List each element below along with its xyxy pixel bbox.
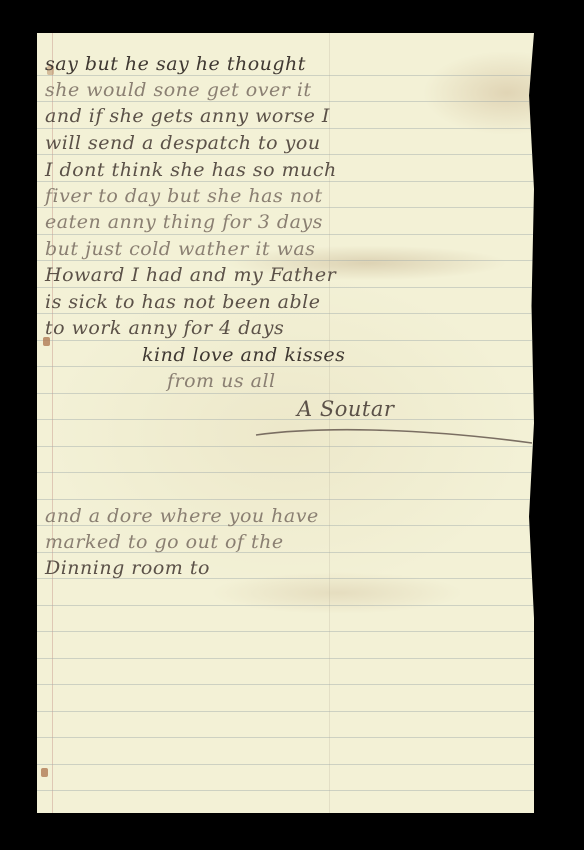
letter-line: fiver to day but she has not xyxy=(45,185,323,207)
letter-paper: say but he say he thought she would sone… xyxy=(37,33,534,813)
rust-stain xyxy=(41,768,48,777)
ruled-line xyxy=(37,737,534,738)
ruled-line xyxy=(37,631,534,632)
ruled-line xyxy=(37,764,534,765)
letter-line: Howard I had and my Father xyxy=(45,264,336,286)
letter-line: she would sone get over it xyxy=(45,79,312,101)
ruled-line xyxy=(37,207,534,208)
letter-line: and if she gets anny worse I xyxy=(45,105,330,127)
closing-line: from us all xyxy=(167,370,276,392)
ruled-line xyxy=(37,340,534,341)
ruled-line xyxy=(37,605,534,606)
ruled-line xyxy=(37,101,534,102)
ruled-line xyxy=(37,366,534,367)
letter-line: I dont think she has so much xyxy=(45,159,337,181)
ruled-line xyxy=(37,446,534,447)
letter-line: but just cold wather it was xyxy=(45,238,315,260)
letter-line: say but he say he thought xyxy=(45,53,306,75)
ruled-line xyxy=(37,393,534,394)
letter-line: will send a despatch to you xyxy=(45,132,321,154)
letter-line: is sick to has not been able xyxy=(45,291,320,313)
ruled-line xyxy=(37,711,534,712)
postscript-line: and a dore where you have xyxy=(45,505,319,527)
ruled-line xyxy=(37,234,534,235)
ruled-line xyxy=(37,658,534,659)
ruled-line xyxy=(37,790,534,791)
letter-line: eaten anny thing for 3 days xyxy=(45,211,323,233)
ruled-line xyxy=(37,260,534,261)
ruled-line xyxy=(37,313,534,314)
closing-line: kind love and kisses xyxy=(142,344,345,366)
ruled-line xyxy=(37,419,534,420)
ruled-line xyxy=(37,128,534,129)
signature-flourish xyxy=(254,425,534,445)
ruled-line xyxy=(37,181,534,182)
ruled-line xyxy=(37,75,534,76)
ruled-line xyxy=(37,287,534,288)
fold-crease xyxy=(329,33,330,813)
ruled-line xyxy=(37,472,534,473)
ruled-line xyxy=(37,499,534,500)
signature: A Soutar xyxy=(297,397,394,421)
ruled-line xyxy=(37,154,534,155)
letter-line: to work anny for 4 days xyxy=(45,317,284,339)
postscript-line: marked to go out of the xyxy=(45,531,284,553)
ruled-line xyxy=(37,684,534,685)
postscript-line: Dinning room to xyxy=(45,557,210,579)
